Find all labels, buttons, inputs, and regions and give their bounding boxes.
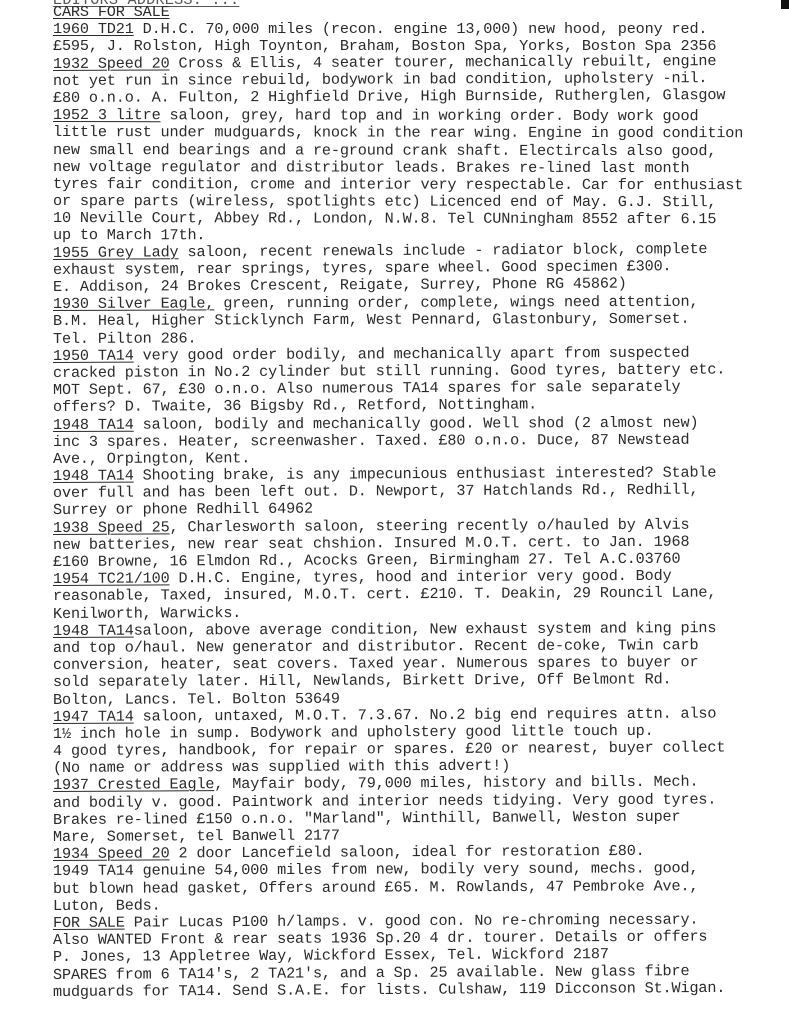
advert-title: 1937 Crested Eagle <box>53 776 214 795</box>
advert-title: 1932 Speed 20 <box>53 54 170 73</box>
advert: 1947 TA14 saloon, untaxed, M.O.T. 7.3.67… <box>53 709 783 778</box>
advert-text: mudguards for TA14. Send S.A.E. for list… <box>53 979 725 1001</box>
advert-text: B.M. Heal, Higher Sticklynch Farm, West … <box>53 310 690 330</box>
advert-text: new voltage regulator and distributor le… <box>53 158 689 177</box>
advert: 1948 TA14saloon, above average condition… <box>53 623 783 709</box>
advert-text: Luton, Beds. <box>53 896 161 914</box>
advert-text: Surrey or phone Redhill 64962 <box>53 500 313 519</box>
advert-text: offers? D. Twaite, 36 Bigsby Rd., Retfor… <box>53 396 537 417</box>
advert: 1954 TC21/100 D.H.C. Engine, tyres, hood… <box>53 571 783 623</box>
advert-title: 1947 TA14 <box>53 707 134 725</box>
advert-line: little rust under mudguards, knock in th… <box>53 124 783 142</box>
advert-text: inc 3 spares. Heater, screenwasher. Taxe… <box>53 430 690 450</box>
advert-title: 1938 Speed 25 <box>53 518 170 537</box>
advert-text: new small end bearings and a re-ground c… <box>53 141 716 160</box>
section-heading: CARS FOR SALE <box>53 4 783 21</box>
advert-title: FOR SALE <box>53 914 125 932</box>
advert-title: 1960 TD21 <box>53 20 134 38</box>
advert: 1932 Speed 20 Cross & Ellis, 4 seater to… <box>53 56 783 108</box>
advert: 1948 TA14 Shooting brake, is any impecun… <box>53 468 783 520</box>
advert: FOR SALE Pair Lucas P100 h/lamps. v. goo… <box>53 915 783 967</box>
advert-title: 1955 Grey Lady <box>53 243 179 262</box>
advert-title: 1948 TA14 <box>53 415 134 433</box>
advert-title: 1934 Speed 20 <box>53 845 170 864</box>
advert: 1930 Silver Eagle, green, running order,… <box>53 296 783 348</box>
classified-adverts: CARS FOR SALE 1960 TD21 D.H.C. 70,000 mi… <box>53 4 783 1001</box>
advert-title: 1950 TA14 <box>53 346 134 364</box>
advert: 1937 Crested Eagle, Mayfair body, 79,000… <box>53 777 783 846</box>
advert-line: mudguards for TA14. Send S.A.E. for list… <box>53 979 783 1001</box>
advert-text: Kenilworth, Warwicks. <box>53 604 241 623</box>
advert: 1948 TA14 saloon, bodily and mechanicall… <box>53 417 783 469</box>
advert: 1952 3 litre saloon, grey, hard top and … <box>53 107 783 245</box>
advert-text: little rust under mudguards, knock in th… <box>53 123 743 142</box>
advert-title: 1954 TC21/100 <box>53 570 170 589</box>
advert-line: £80 o.n.o. A. Fulton, 2 Highfield Drive,… <box>53 87 783 107</box>
advert-text: sold separately later. Hill, Newlands, B… <box>53 671 672 692</box>
advert-text: Bolton, Lancs. Tel. Bolton 53649 <box>53 689 340 708</box>
advert-line: 1960 TD21 D.H.C. 70,000 miles (recon. en… <box>53 21 783 38</box>
advert-title: 1952 3 litre <box>53 106 161 124</box>
advert: 1955 Grey Lady saloon, recent renewals i… <box>53 245 783 297</box>
advert-title: 1930 Silver Eagle, <box>53 295 214 314</box>
advert-title: 1949 TA14 <box>53 862 134 880</box>
typewritten-page: EDITORS ADDRESS: ... CARS FOR SALE 1960 … <box>0 0 789 1024</box>
advert-title: 1948 TA14 <box>53 467 134 485</box>
advert-text: Ave., Orpington, Kent. <box>53 449 250 468</box>
advert: 1938 Speed 25, Charlesworth saloon, stee… <box>53 520 783 572</box>
advert-text: D.H.C. 70,000 miles (recon. engine 13,00… <box>134 20 708 38</box>
advert: 1949 TA14 genuine 54,000 miles from new,… <box>53 863 783 915</box>
advert-text: Tel. Pilton 286. <box>53 329 196 348</box>
advert: SPARES from 6 TA14's, 2 TA21's, and a Sp… <box>53 967 783 1001</box>
advert-text: £80 o.n.o. A. Fulton, 2 Highfield Drive,… <box>53 86 725 107</box>
advert-text: but blown head gasket, Offers around £65… <box>53 877 698 898</box>
advert-line: new small end bearings and a re-ground c… <box>53 142 783 160</box>
advert: 1950 TA14 very good order bodily, and me… <box>53 348 783 417</box>
advert: 1960 TD21 D.H.C. 70,000 miles (recon. en… <box>53 21 783 55</box>
advert-title: 1948 TA14 <box>53 621 134 639</box>
advert-text: up to March 17th. <box>53 226 205 244</box>
advert-list: 1960 TD21 D.H.C. 70,000 miles (recon. en… <box>53 21 783 1001</box>
advert-line: B.M. Heal, Higher Sticklynch Farm, West … <box>53 311 783 331</box>
